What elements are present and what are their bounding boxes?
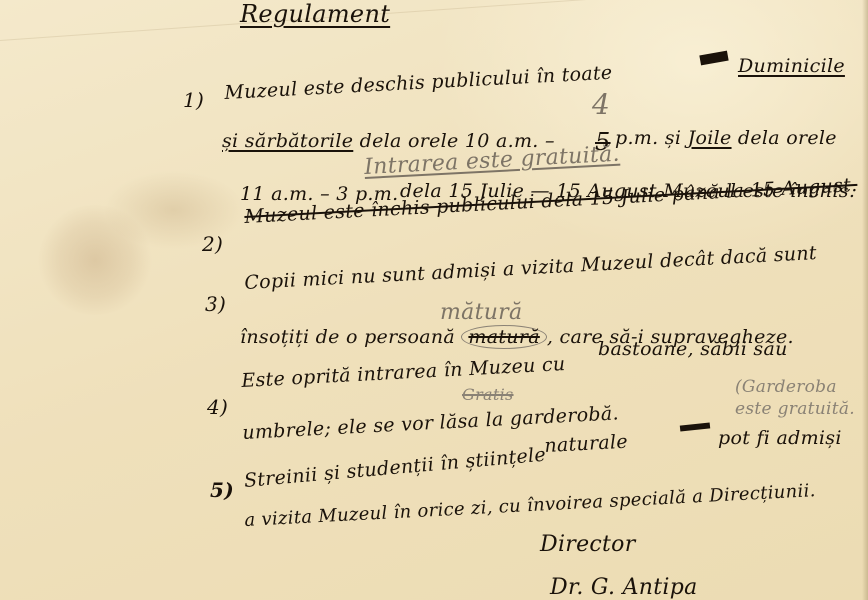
rule-text: Este oprită intrarea în Muzeu cu — [241, 353, 566, 392]
fingerprint-stain — [35, 205, 155, 315]
circled-struck-word: matură — [461, 325, 546, 349]
pencil-correction-hour: 4 — [592, 88, 610, 121]
document-title: Regulament — [240, 0, 390, 28]
rule-number: 2) — [202, 232, 223, 256]
rule-text-sundays: Duminicile — [738, 55, 845, 77]
rule-text: însoțiți de o persoană — [240, 326, 455, 348]
rule-text-holidays: și sărbătorile — [222, 130, 353, 152]
pencil-correction: mătură — [440, 300, 522, 325]
signature-role: Director — [540, 532, 636, 557]
rule-text-thursdays: Joile — [688, 127, 732, 149]
scribbled-out-word — [699, 51, 728, 66]
pencil-note-cloakroom: (Garderoba este gratuită. — [735, 376, 865, 420]
rule-number: 4) — [207, 395, 228, 419]
rule-number: 5) — [210, 478, 234, 502]
scribbled-out-word — [680, 422, 710, 431]
rule-text-line2b: p.m. și Joile dela orele — [615, 127, 837, 149]
rule-text: Streinii și studenții în științele — [243, 444, 547, 492]
rule-text-natural: naturale — [544, 431, 629, 457]
rule-text: Muzeul este deschis publicului în toate — [224, 62, 613, 104]
rule-text: pot fi admiși — [718, 427, 842, 449]
paper-fold-line — [0, 0, 866, 41]
paper-edge — [862, 0, 868, 600]
rule-text: p.m. și — [615, 127, 681, 149]
pencil-struck-note: Gratis — [462, 385, 514, 404]
rule-number: 1) — [183, 88, 204, 112]
rule-text: dela orele — [738, 127, 837, 149]
rule-text: a vizita Muzeul în orice zi, cu învoirea… — [244, 480, 816, 531]
rule-text: Copii mici nu sunt admiși a vizita Muzeu… — [244, 242, 817, 294]
signature-name: Dr. G. Antipa — [550, 575, 698, 600]
rule-text: bastoane, săbii sau — [598, 338, 788, 360]
rule-number: 3) — [205, 292, 226, 316]
